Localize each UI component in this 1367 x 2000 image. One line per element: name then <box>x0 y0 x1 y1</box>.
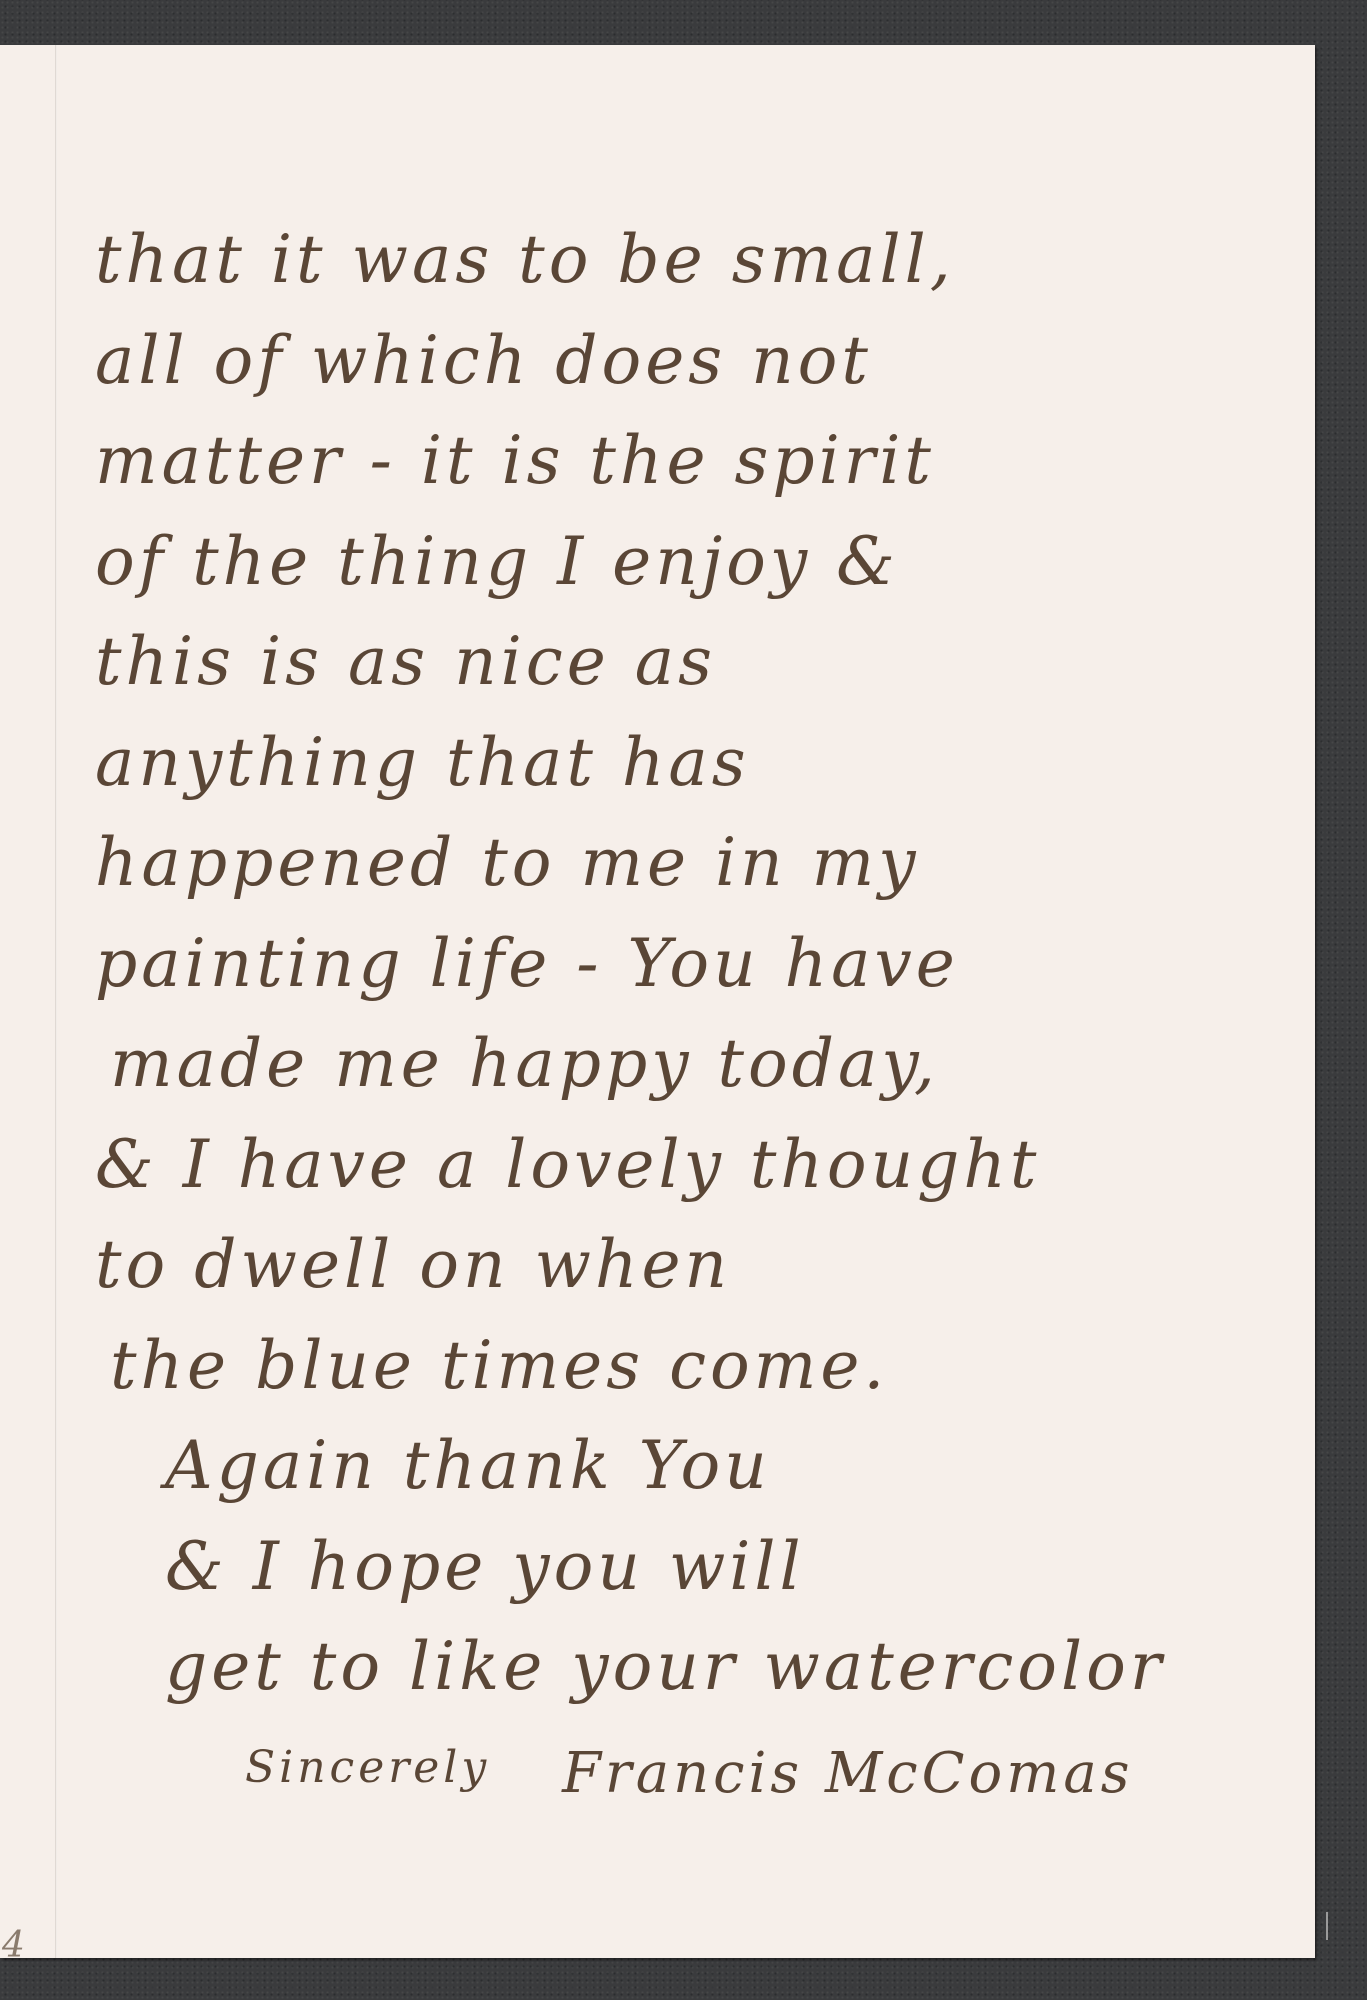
letter-line: matter - it is the spirit <box>95 411 1295 512</box>
letter-line: & I hope you will <box>95 1517 1295 1618</box>
letter-line: of the thing I enjoy & <box>95 512 1295 613</box>
letter-line: Again thank You <box>95 1416 1295 1517</box>
letter-page: that it was to be small, all of which do… <box>0 45 1315 1958</box>
fold-line <box>55 45 57 1958</box>
letter-line: all of which does not <box>95 311 1295 412</box>
page-number: 4 <box>2 1925 25 1966</box>
signature: Francis McComas <box>562 1741 1133 1806</box>
edge-mark <box>1326 1912 1328 1940</box>
letter-line: made me happy today, <box>95 1014 1295 1115</box>
letter-line: this is as nice as <box>95 612 1295 713</box>
letter-line: that it was to be small, <box>95 210 1295 311</box>
letter-line: get to like your watercolor <box>95 1617 1295 1718</box>
signature-line: Sincerely Francis McComas <box>95 1718 1295 1819</box>
letter-line: anything that has <box>95 713 1295 814</box>
letter-line: happened to me in my <box>95 813 1295 914</box>
letter-line: painting life - You have <box>95 914 1295 1015</box>
letter-line: & I have a lovely thought <box>95 1115 1295 1216</box>
letter-line: to dwell on when <box>95 1215 1295 1316</box>
closing: Sincerely <box>245 1742 490 1793</box>
letter-line: the blue times come. <box>95 1316 1295 1417</box>
letter-body: that it was to be small, all of which do… <box>95 210 1295 1818</box>
